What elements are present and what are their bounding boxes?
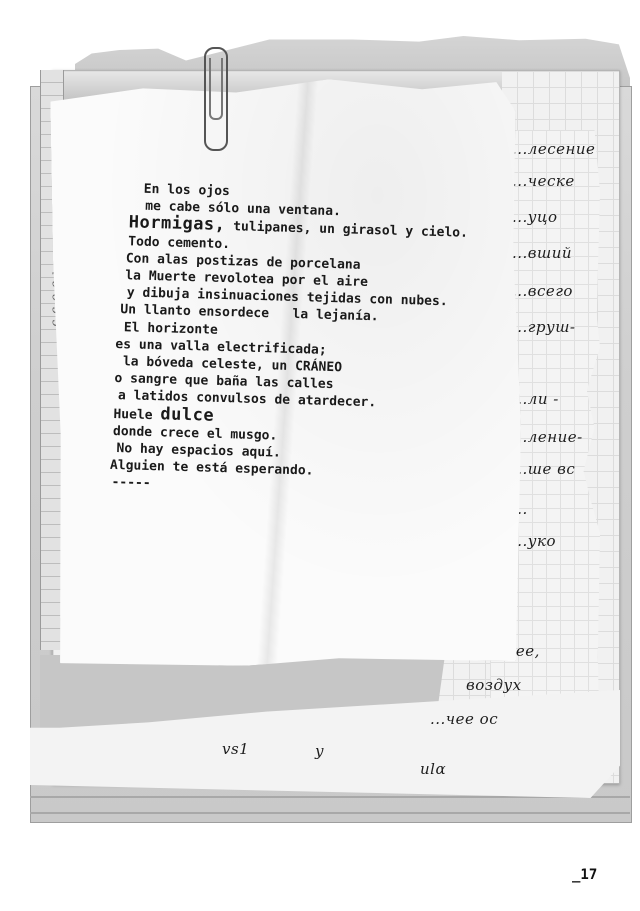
poem-line: Hormigas, <box>129 213 226 236</box>
poem-text: En los ojos me cabe sólo una ventana. Ho… <box>109 180 488 502</box>
paperclip-inner-loop <box>209 58 223 120</box>
handwriting-bottom: y <box>315 742 324 760</box>
handwriting-line: ...ление- <box>512 428 583 446</box>
page-number: _17 <box>572 867 597 883</box>
handwriting-line: ...уко <box>512 532 556 550</box>
handwriting-bottom: vs1 <box>222 740 249 758</box>
collage-artwork: ссось ... осия ...лесение ...ческе ...уц… <box>0 0 640 911</box>
handwriting-line: воздух <box>466 676 522 694</box>
handwriting-line: ...ше вс <box>512 460 575 478</box>
board-edge-line <box>30 812 630 814</box>
handwriting-line: ...груш- <box>512 318 575 336</box>
poem-line: Huele <box>113 407 153 423</box>
handwriting-line: ...уцо <box>512 208 558 226</box>
handwriting-line: ...лесение <box>512 140 595 158</box>
poem-line: dulce <box>160 404 214 425</box>
handwriting-line: ...чее ос <box>430 710 498 728</box>
handwriting-bottom: ulα <box>420 760 446 778</box>
handwriting-line: ...ческе <box>512 172 575 190</box>
handwriting-line: ...вший <box>512 244 572 262</box>
handwriting-line: ...всего <box>512 282 573 300</box>
